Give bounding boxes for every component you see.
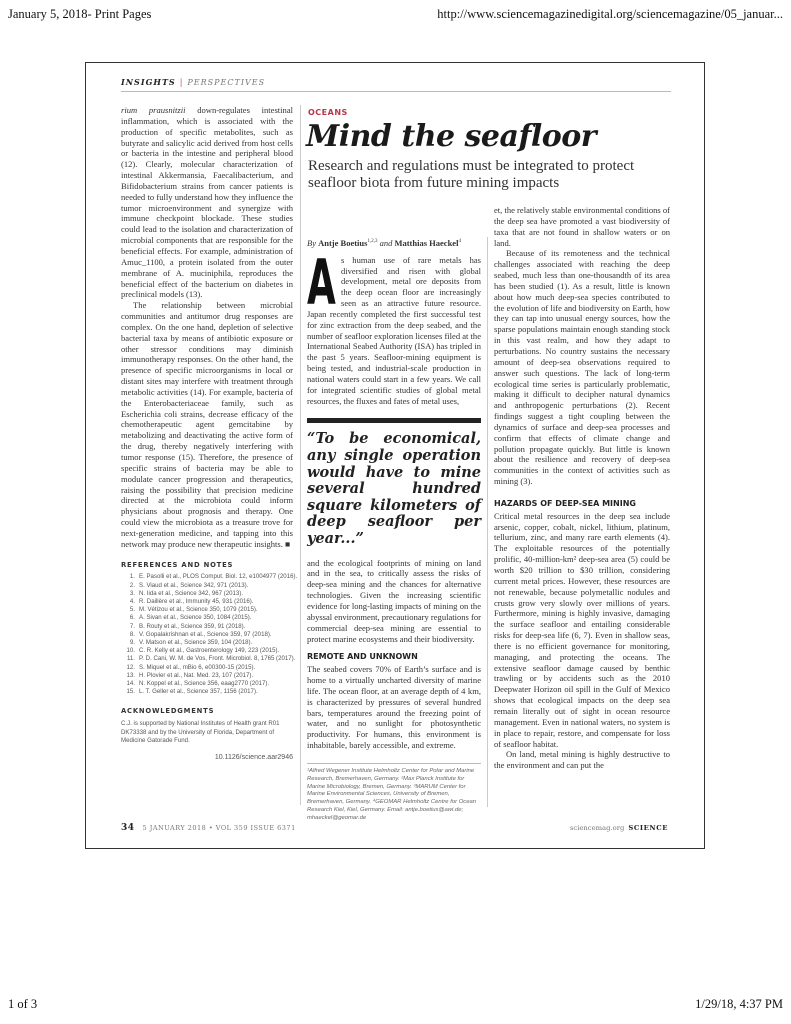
issue-line: 5 JANUARY 2018 • VOL 359 ISSUE 6371 xyxy=(143,824,296,832)
section-label: INSIGHTS xyxy=(121,77,176,87)
references-heading: REFERENCES AND NOTES xyxy=(121,560,293,571)
reference-item: 15.L. T. Geller et al., Science 357, 115… xyxy=(121,688,293,696)
reference-item: 10.C. R. Kelly et al., Gastroenterology … xyxy=(121,647,293,655)
reference-item: 13.H. Plovier et al., Nat. Med. 23, 107 … xyxy=(121,672,293,680)
reference-item: 6.A. Sivan et al., Science 350, 1084 (20… xyxy=(121,614,293,622)
column-divider xyxy=(300,105,301,805)
affiliations-rule xyxy=(307,763,481,764)
page-count: 1 of 3 xyxy=(8,997,37,1012)
page-footer-left: 345 JANUARY 2018 • VOL 359 ISSUE 6371 xyxy=(121,823,296,833)
prev-paragraph-1-text: down-regulates intestinal inflammation, … xyxy=(121,105,293,299)
reference-item: 7.B. Routy et al., Science 359, 91 (2018… xyxy=(121,623,293,631)
article-kicker: OCEANS xyxy=(308,108,348,117)
remote-paragraph: The seabed covers 70% of Earth’s surface… xyxy=(307,664,481,751)
col3-paragraph-1: et, the relatively stable environmental … xyxy=(494,205,670,248)
section-header: INSIGHTS|PERSPECTIVES xyxy=(121,77,671,87)
pullquote: “To be economical, any single operation … xyxy=(307,431,481,547)
reference-item: 4.R. Daillère et al., Immunity 45, 931 (… xyxy=(121,598,293,606)
hazards-paragraph-1: Critical metal resources in the deep sea… xyxy=(494,511,670,750)
author-1-affil: 1,2,3 xyxy=(367,239,377,244)
page-number: 34 xyxy=(121,823,135,833)
acknowledgments-text: C.J. is supported by National Institutes… xyxy=(121,720,293,745)
prev-paragraph-2: The relationship between microbial commu… xyxy=(121,300,293,549)
pullquote-bar xyxy=(307,418,481,423)
subhead-hazards: HAZARDS OF DEEP-SEA MINING xyxy=(494,499,670,510)
article-column-3: et, the relatively stable environmental … xyxy=(494,205,670,771)
reference-item: 2.S. Viaud et al., Science 342, 971 (201… xyxy=(121,582,293,590)
subhead-remote-unknown: REMOTE AND UNKNOWN xyxy=(307,652,481,663)
byline-and: and xyxy=(380,238,393,248)
science-brand: SCIENCE xyxy=(628,824,668,832)
section-rule xyxy=(121,91,671,92)
reference-item: 8.V. Gopalakrishnan et al., Science 359,… xyxy=(121,631,293,639)
italic-species: rium prausnitzii xyxy=(121,105,185,115)
reference-item: 9.V. Matson et al., Science 359, 104 (20… xyxy=(121,639,293,647)
intro-paragraph: As human use of rare metals has diversif… xyxy=(307,255,481,407)
hazards-paragraph-2: On land, metal mining is highly destruct… xyxy=(494,749,670,771)
reference-item: 12.S. Miquel et al., mBio 6, e00300-15 (… xyxy=(121,664,293,672)
author-2: Matthias Haeckel xyxy=(394,238,458,248)
prev-paragraph-1: rium prausnitzii down-regulates intestin… xyxy=(121,105,293,300)
print-header-url: http://www.sciencemagazinedigital.org/sc… xyxy=(437,7,783,22)
site-url: sciencemag.org xyxy=(570,824,624,832)
print-timestamp: 1/29/18, 4:37 PM xyxy=(695,997,783,1012)
print-header-title: January 5, 2018- Print Pages xyxy=(8,7,151,22)
column-divider xyxy=(487,237,488,807)
article-title: Mind the seafloor xyxy=(306,119,596,154)
section-separator: | xyxy=(180,78,184,87)
reference-item: 5.M. Vétizou et al., Science 350, 1079 (… xyxy=(121,606,293,614)
article-column-2: By Antje Boetius1,2,3 and Matthias Haeck… xyxy=(307,237,481,823)
article-dek: Research and regulations must be integra… xyxy=(308,158,668,192)
acknowledgments-heading: ACKNOWLEDGMENTS xyxy=(121,706,293,717)
reference-item: 11.P. D. Cani, W. M. de Vos, Front. Micr… xyxy=(121,655,293,663)
doi: 10.1126/science.aar2946 xyxy=(121,753,293,764)
drop-cap: A xyxy=(307,257,324,309)
references-list: 1.E. Pasolli et al., PLOS Comput. Biol. … xyxy=(121,573,293,696)
intro-continued: and the ecological footprints of mining … xyxy=(307,558,481,645)
page-footer-right: sciencemag.orgSCIENCE xyxy=(570,824,668,832)
reference-item: 3.N. Iida et al., Science 342, 967 (2013… xyxy=(121,590,293,598)
reference-item: 1.E. Pasolli et al., PLOS Comput. Biol. … xyxy=(121,573,293,581)
magazine-page: INSIGHTS|PERSPECTIVES rium prausnitzii d… xyxy=(85,62,705,849)
author-affiliations: ¹Alfred Wegener Institute Helmholtz Cent… xyxy=(307,768,481,823)
previous-article-column: rium prausnitzii down-regulates intestin… xyxy=(121,105,293,764)
author-2-affil: 4 xyxy=(458,239,461,244)
col3-paragraph-2: Because of its remoteness and the techni… xyxy=(494,248,670,487)
subsection-label: PERSPECTIVES xyxy=(187,78,265,87)
reference-item: 14.N. Koppel et al., Science 356, eaag27… xyxy=(121,680,293,688)
